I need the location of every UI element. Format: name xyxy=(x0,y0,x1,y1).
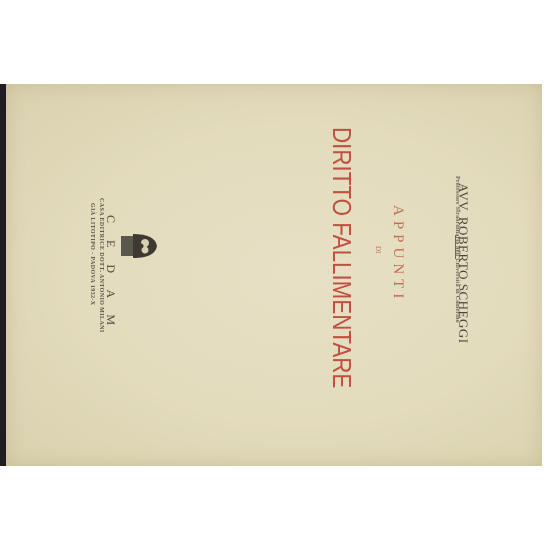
divider-rule xyxy=(455,235,456,259)
publisher-line-1: CASA EDITRICE DOTT. ANTONIO MILANI xyxy=(98,198,104,333)
book-title: DIRITTO FALLIMENTARE xyxy=(326,127,357,388)
cedam-logo-icon xyxy=(119,232,159,260)
publisher-name: C E D A M xyxy=(103,215,118,332)
publisher-line-2: GIÀ LITOTIPO - PADOVA 1932-X xyxy=(89,203,95,306)
title-mid: DI xyxy=(374,246,382,253)
title-pre: APPUNTI xyxy=(389,205,406,303)
